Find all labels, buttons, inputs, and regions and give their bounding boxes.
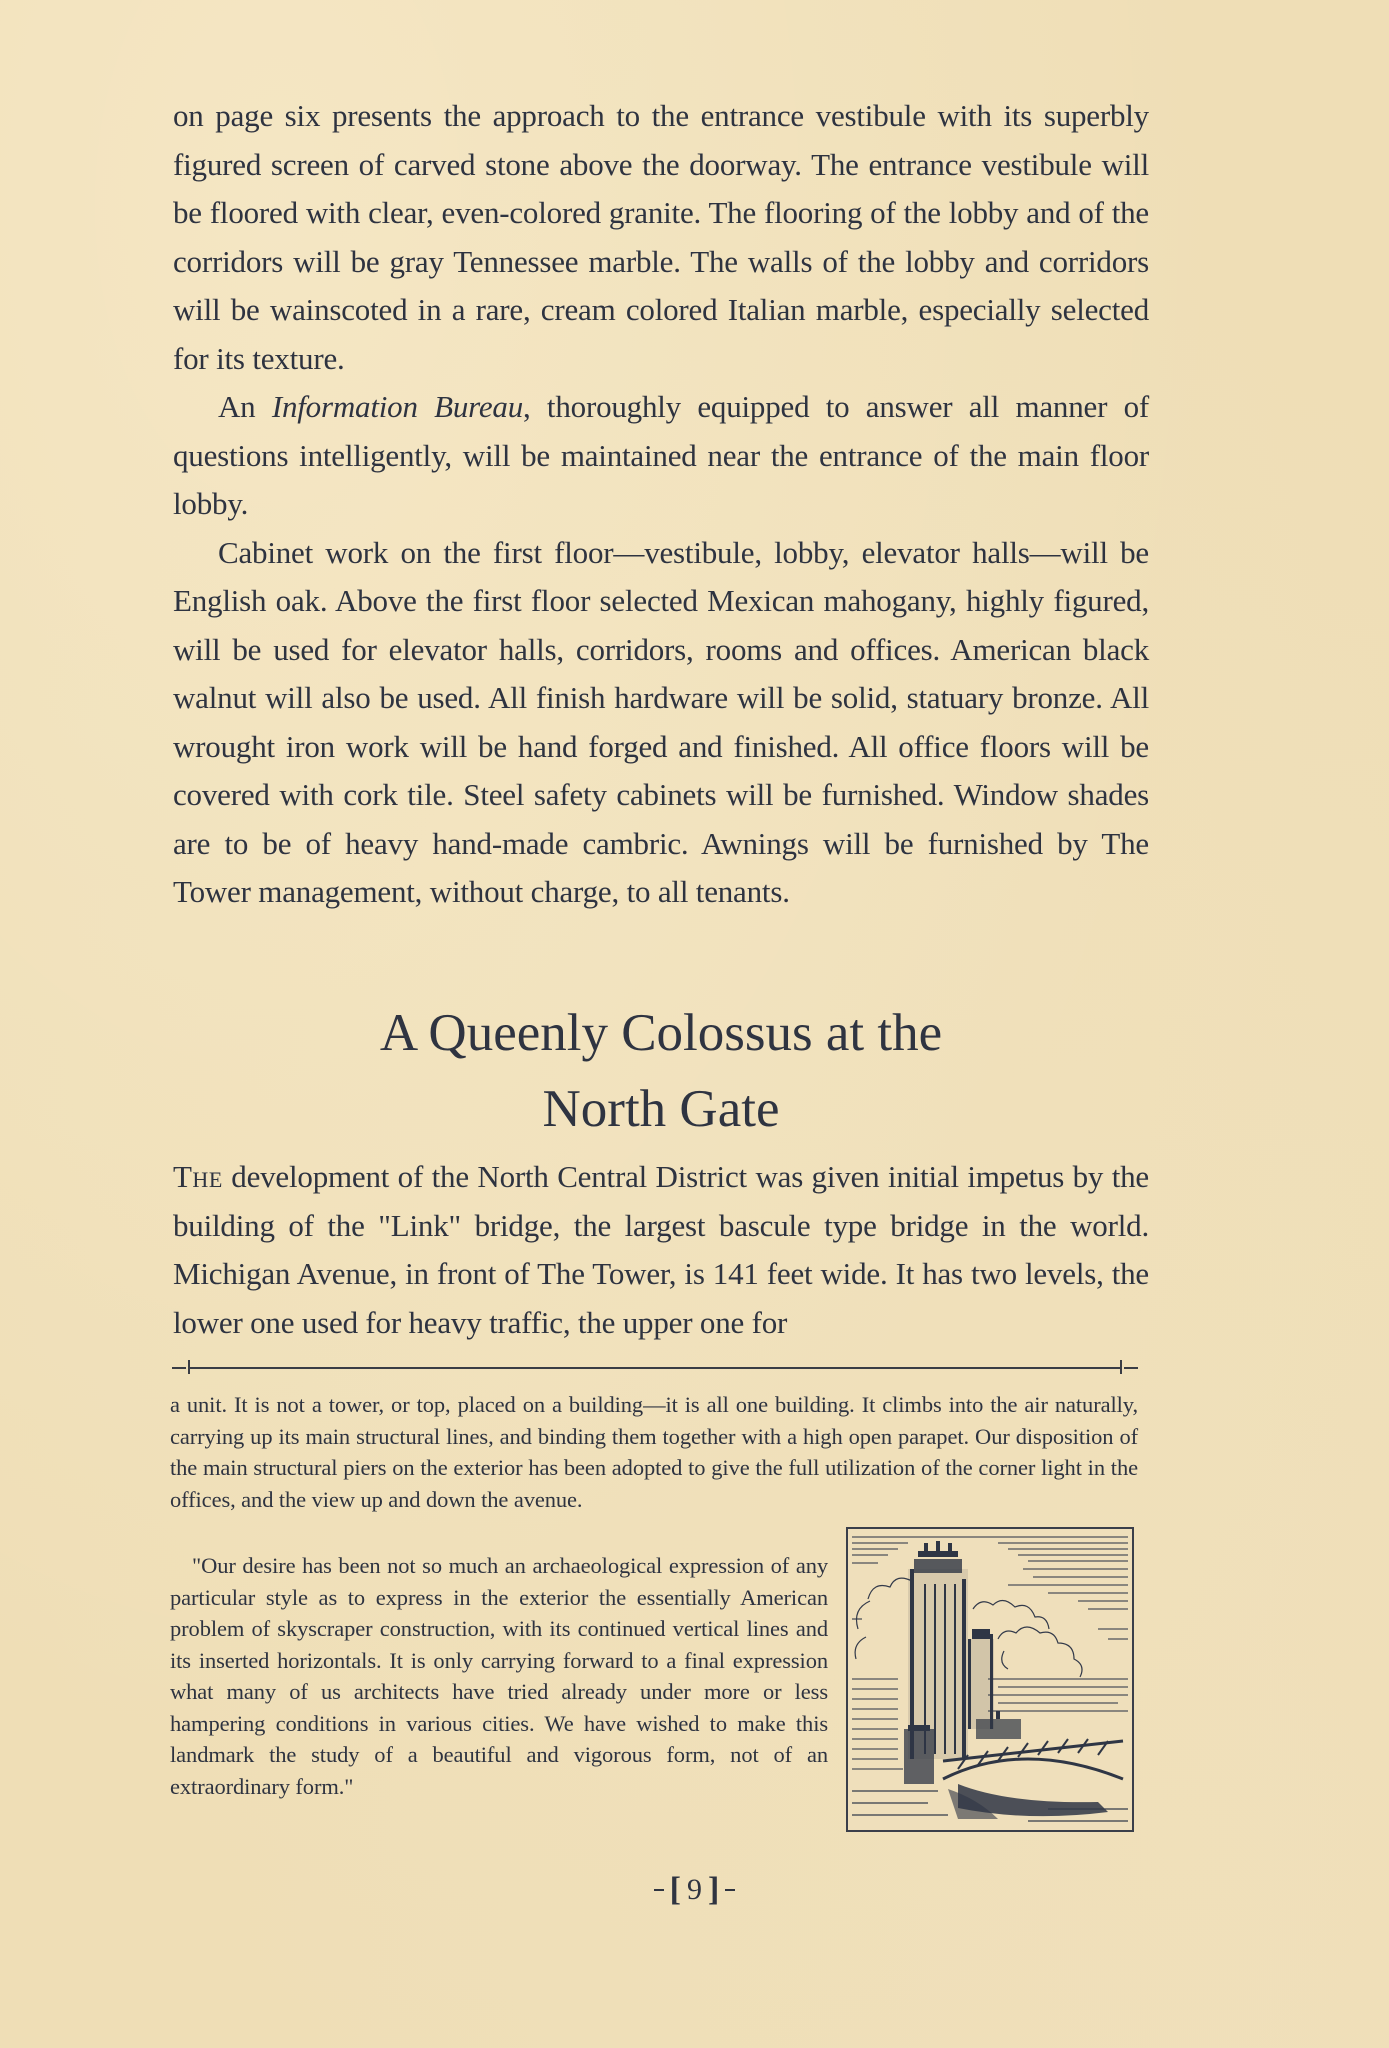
paragraph-information-bureau: An Information Bureau, thoroughly equipp…	[173, 383, 1149, 529]
tower-sketch-icon	[848, 1529, 1132, 1830]
smallcaps-lead-word: The	[173, 1159, 223, 1194]
intro-text-section: The development of the North Central Dis…	[173, 1153, 1149, 1347]
italic-term-information-bureau: Information Bureau	[272, 389, 523, 424]
heading-line-1: A Queenly Colossus at the	[380, 1004, 942, 1062]
footnote-divider-rule	[170, 1360, 1140, 1376]
page-number-ornament-right	[725, 1889, 735, 1891]
footnote-text: a unit. It is not a tower, or top, place…	[170, 1389, 1138, 1515]
rule-line	[188, 1367, 1122, 1369]
paragraph-materials: on page six presents the approach to the…	[173, 92, 1149, 383]
footnote-paragraph: a unit. It is not a tower, or top, place…	[170, 1389, 1138, 1515]
rule-ornament-left	[172, 1367, 186, 1369]
page-number-ornament-left	[654, 1889, 664, 1891]
paragraph-body: development of the North Central Distric…	[173, 1159, 1149, 1340]
page-number-bracket-right: ]	[708, 1870, 719, 1910]
page-number-group: [ 9 ]	[654, 1870, 736, 1910]
paragraph-cabinet-work: Cabinet work on the first floor—vestibul…	[173, 529, 1149, 917]
book-page: on page six presents the approach to the…	[0, 0, 1389, 2048]
paragraph-prefix: An	[218, 389, 272, 424]
page-number-bracket-left: [	[670, 1870, 681, 1910]
rule-end-right	[1120, 1360, 1122, 1374]
tower-bridge-illustration	[846, 1527, 1134, 1832]
section-heading: A Queenly Colossus at the North Gate	[173, 995, 1149, 1147]
page-number-value: 9	[687, 1870, 702, 1910]
top-text-section: on page six presents the approach to the…	[173, 92, 1149, 917]
heading-line-2: North Gate	[543, 1080, 780, 1138]
quote-paragraph: "Our desire has been not so much an arch…	[170, 1550, 828, 1802]
page-number: [ 9 ]	[0, 1862, 1389, 1910]
architect-quote: "Our desire has been not so much an arch…	[170, 1550, 828, 1802]
paragraph-north-central-district: The development of the North Central Dis…	[173, 1153, 1149, 1347]
rule-ornament-right	[1124, 1367, 1138, 1369]
